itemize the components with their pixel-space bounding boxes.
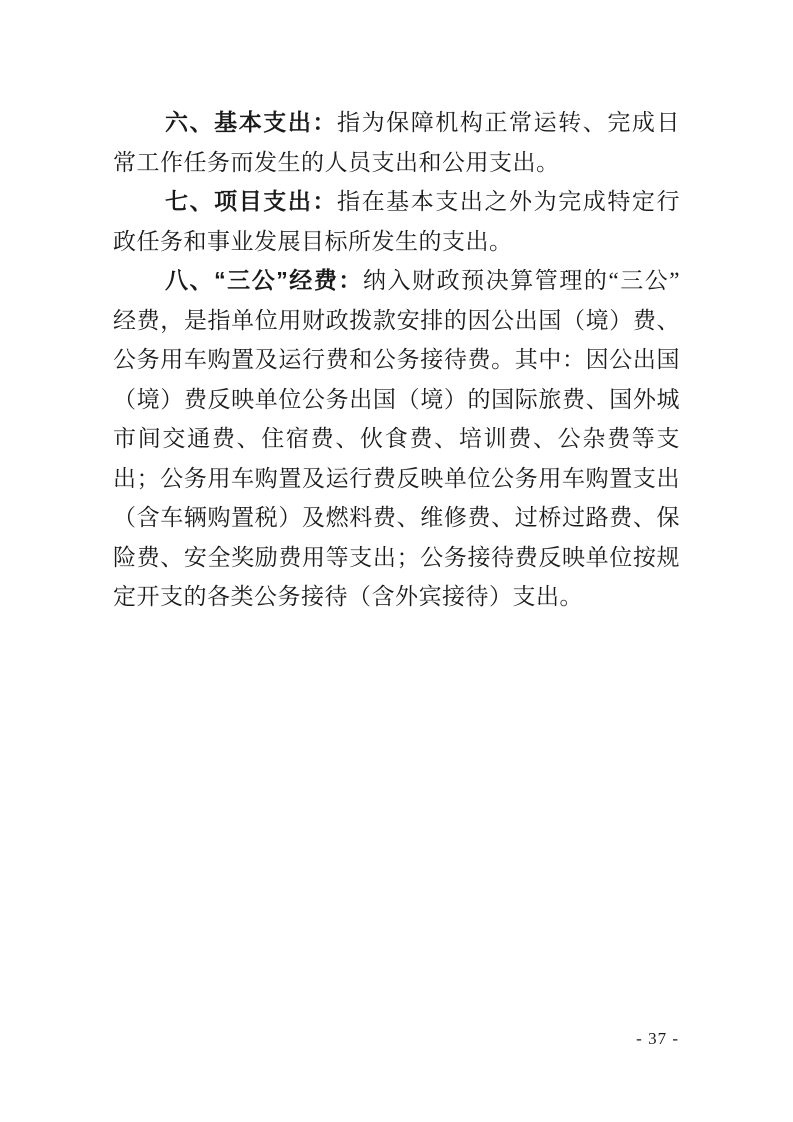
paragraph-body: 纳入财政预决算管理的“三公”经费，是指单位用财政拨款安排的因公出国（境）费、公务… (113, 268, 680, 609)
paragraph-lead: 七、项目支出： (165, 188, 337, 214)
document-page: 六、基本支出：指为保障机构正常运转、完成日常工作任务而发生的人员支出和公用支出。… (0, 0, 793, 1122)
paragraph-lead: 八、“三公”经费： (165, 267, 363, 293)
page-number: - 37 - (636, 1029, 679, 1049)
paragraph-three-public-funds: 八、“三公”经费：纳入财政预决算管理的“三公”经费，是指单位用财政拨款安排的因公… (113, 261, 680, 617)
document-body: 六、基本支出：指为保障机构正常运转、完成日常工作任务而发生的人员支出和公用支出。… (113, 103, 680, 617)
paragraph-lead: 六、基本支出： (165, 109, 337, 135)
paragraph-project-expenditure: 七、项目支出：指在基本支出之外为完成特定行政任务和事业发展目标所发生的支出。 (113, 182, 680, 261)
paragraph-basic-expenditure: 六、基本支出：指为保障机构正常运转、完成日常工作任务而发生的人员支出和公用支出。 (113, 103, 680, 182)
